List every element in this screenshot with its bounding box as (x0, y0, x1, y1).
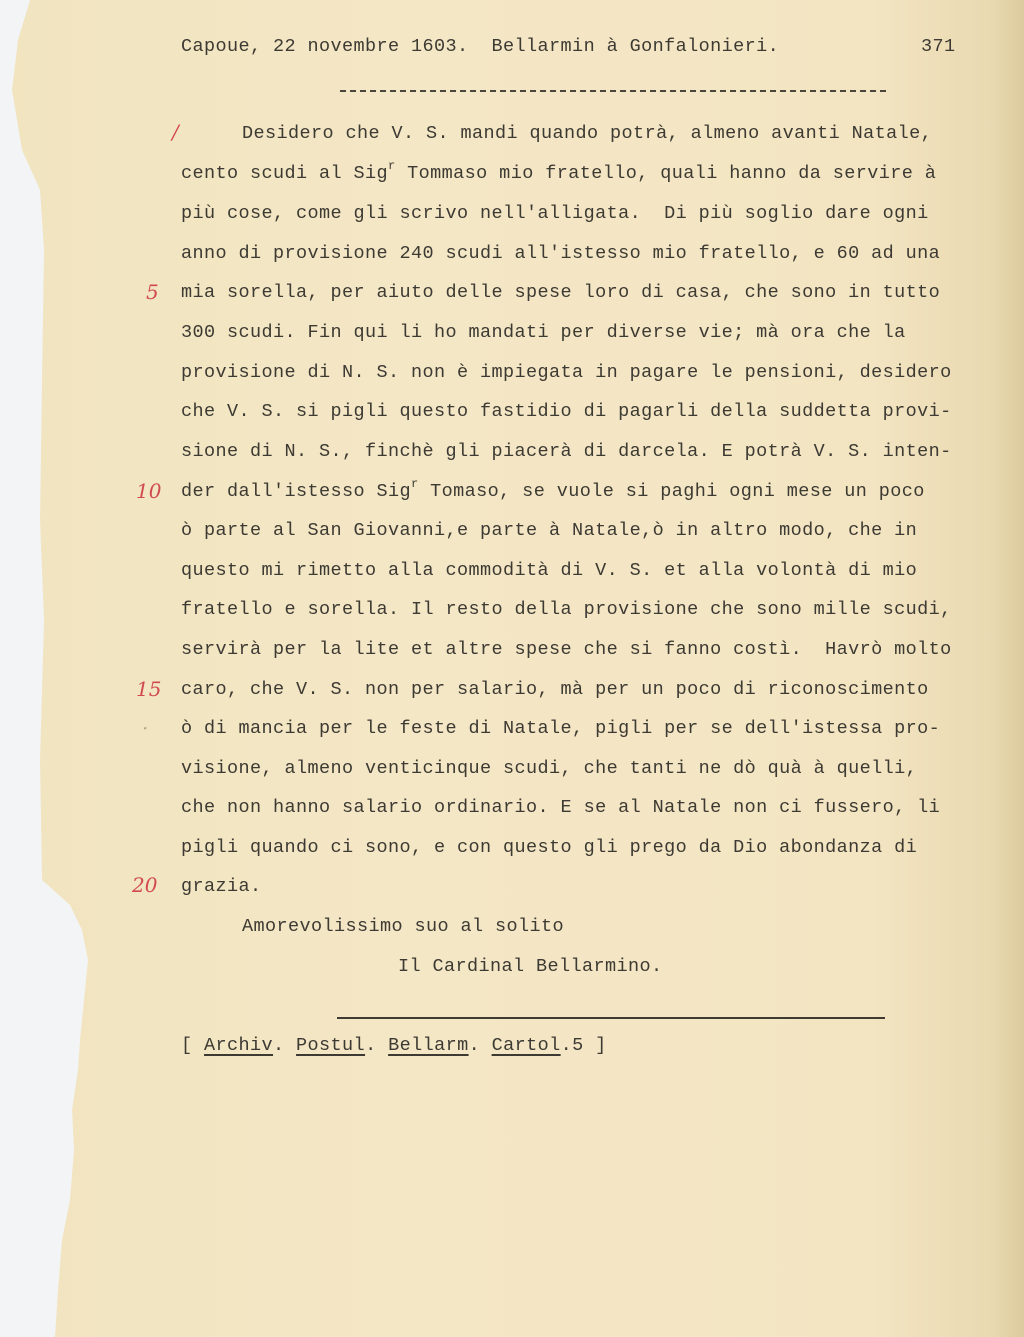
body-line: der dall'istesso Sigr Tomaso, se vuole s… (181, 481, 925, 502)
body-line: Desidero che V. S. mandi quando potrà, a… (242, 123, 932, 144)
body-line: più cose, come gli scrivo nell'alligata.… (181, 203, 929, 224)
body-line: pigli quando ci sono, e con questo gli p… (181, 837, 917, 858)
margin-number: 15 (136, 677, 161, 701)
body-line: ò di mancia per le feste di Natale, pigl… (181, 718, 940, 739)
body-line: anno di provisione 240 scudi all'istesso… (181, 243, 940, 264)
letter-signature: Il Cardinal Bellarmino. (398, 956, 663, 977)
letter-closing: Amorevolissimo suo al solito (242, 916, 564, 937)
archive-reference: [ Archiv. Postul. Bellarm. Cartol.5 ] (181, 1035, 607, 1056)
body-line: mia sorella, per aiuto delle spese loro … (181, 282, 940, 303)
margin-number: 20 (132, 873, 157, 897)
body-line: questo mi rimetto alla commodità di V. S… (181, 560, 917, 581)
running-header: Capoue, 22 novembre 1603. Bellarmin à Go… (181, 36, 779, 57)
margin-number: / (172, 120, 179, 144)
body-line: 300 scudi. Fin qui li ho mandati per div… (181, 322, 906, 343)
body-line: cento scudi al Sigr Tommaso mio fratello… (181, 163, 936, 184)
header-dashed-rule (340, 90, 886, 92)
document-page (0, 0, 1024, 1337)
body-line: caro, che V. S. non per salario, mà per … (181, 679, 929, 700)
margin-number: 5 (146, 280, 159, 304)
body-line: ò parte al San Giovanni,e parte à Natale… (181, 520, 917, 541)
footer-rule (337, 1017, 885, 1019)
margin-dot: · (142, 716, 148, 740)
body-line: servirà per la lite et altre spese che s… (181, 639, 952, 660)
body-line: che non hanno salario ordinario. E se al… (181, 797, 940, 818)
margin-number: 10 (136, 479, 161, 503)
body-line: fratello e sorella. Il resto della provi… (181, 599, 952, 620)
body-line: sione di N. S., finchè gli piacerà di da… (181, 441, 952, 462)
body-line: visione, almeno venticinque scudi, che t… (181, 758, 917, 779)
page-number: 371 (921, 36, 956, 57)
body-line: provisione di N. S. non è impiegata in p… (181, 362, 952, 383)
body-line: grazia. (181, 876, 262, 897)
body-line: che V. S. si pigli questo fastidio di pa… (181, 401, 952, 422)
